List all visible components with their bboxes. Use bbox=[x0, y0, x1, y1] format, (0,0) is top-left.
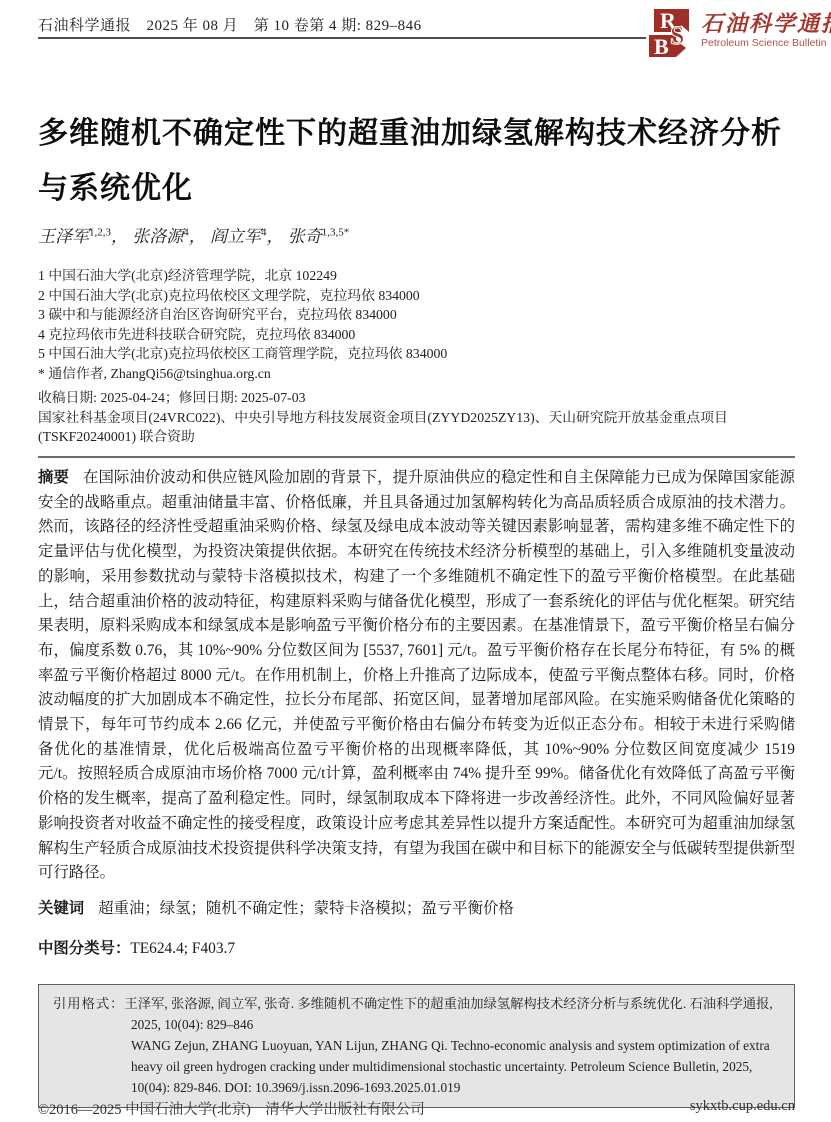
journal-logo: R S B 石油科学通报 Petroleum Science Bulletin bbox=[648, 8, 828, 63]
author-name: 张洛源 bbox=[132, 227, 183, 246]
author-affil-sup: 1,2,3 bbox=[89, 226, 111, 238]
funding-line: 国家社科基金项目(24VRC022)、中央引导地方科技发展资金项目(ZYYD20… bbox=[38, 408, 795, 447]
clc-value: TE624.4; F403.7 bbox=[130, 940, 235, 957]
correspondence-line: * 通信作者, ZhangQi56@tsinghua.org.cn bbox=[38, 364, 447, 384]
author-name: 张奇 bbox=[288, 227, 322, 246]
abstract: 摘要在国际油价波动和供应链风险加剧的背景下，提升原油供应的稳定性和自主保障能力已… bbox=[38, 466, 795, 886]
received-revised-dates: 收稿日期: 2025-04-24；修回日期: 2025-07-03 bbox=[38, 388, 795, 408]
author-affil-sup: 1,3,5* bbox=[322, 226, 350, 238]
affiliation-list: 1 中国石油大学(北京)经济管理学院，北京 102249 2 中国石油大学(北京… bbox=[38, 266, 447, 384]
clc-number: 中图分类号：TE624.4; F403.7 bbox=[38, 936, 795, 958]
keywords: 关键词超重油；绿氢；随机不确定性；蒙特卡洛模拟；盈亏平衡价格 bbox=[38, 896, 795, 918]
abstract-text: 在国际油价波动和供应链风险加剧的背景下，提升原油供应的稳定性和自主保障能力已成为… bbox=[38, 469, 795, 881]
abstract-label: 摘要 bbox=[38, 469, 69, 486]
affiliation-line: 4 克拉玛依市先进科技联合研究院，克拉玛依 834000 bbox=[38, 325, 447, 345]
keywords-label: 关键词 bbox=[38, 900, 84, 917]
affiliation-line: 3 碳中和与能源经济自治区咨询研究平台，克拉玛依 834000 bbox=[38, 305, 447, 325]
author-name: 王泽军 bbox=[38, 227, 89, 246]
journal-name-en: Petroleum Science Bulletin bbox=[701, 37, 831, 50]
journal-website-link[interactable]: sykxtb.cup.edu.cn bbox=[690, 1098, 795, 1119]
psb-monogram-icon: R S B bbox=[648, 8, 694, 63]
journal-name-zh: 石油科学通报 bbox=[701, 11, 831, 37]
corresponding-author-email[interactable]: ZhangQi56@tsinghua.org.cn bbox=[110, 366, 270, 381]
citation-label: 引用格式： bbox=[53, 996, 124, 1011]
abstract-top-rule bbox=[38, 456, 795, 458]
citation-zh: 引用格式：王泽军, 张洛源, 阎立军, 张奇. 多维随机不确定性下的超重油加绿氢… bbox=[53, 993, 782, 1035]
keywords-text: 超重油；绿氢；随机不确定性；蒙特卡洛模拟；盈亏平衡价格 bbox=[98, 900, 514, 917]
clc-label: 中图分类号： bbox=[38, 940, 130, 957]
affiliation-line: 2 中国石油大学(北京)克拉玛依校区文理学院，克拉玛依 834000 bbox=[38, 286, 447, 306]
page-footer: ©2016—2025 中国石油大学(北京) 清华大学出版社有限公司 sykxtb… bbox=[38, 1098, 795, 1119]
svg-text:S: S bbox=[670, 21, 684, 50]
citation-box: 引用格式：王泽军, 张洛源, 阎立军, 张奇. 多维随机不确定性下的超重油加绿氢… bbox=[38, 984, 795, 1108]
citation-en: WANG Zejun, ZHANG Luoyuan, YAN Lijun, ZH… bbox=[131, 1035, 782, 1098]
author-list: 王泽军1,2,3， 张洛源4， 阎立军4， 张奇1,3,5* bbox=[38, 222, 349, 247]
header-rule bbox=[38, 37, 646, 39]
paper-page: { "brand_color": "#9d2f28", "header": { … bbox=[0, 0, 831, 1122]
svg-text:B: B bbox=[654, 34, 669, 58]
author-name: 阎立军 bbox=[210, 227, 261, 246]
affiliation-line: 1 中国石油大学(北京)经济管理学院，北京 102249 bbox=[38, 266, 447, 286]
affiliation-line: 5 中国石油大学(北京)克拉玛依校区工商管理学院，克拉玛依 834000 bbox=[38, 344, 447, 364]
meta-block: 收稿日期: 2025-04-24；修回日期: 2025-07-03 国家社科基金… bbox=[38, 388, 795, 447]
journal-issue-line: 石油科学通报 2025 年 08 月 第 10 卷第 4 期: 829–846 bbox=[38, 14, 422, 35]
paper-title: 多维随机不确定性下的超重油加绿氢解构技术经济分析与系统优化 bbox=[38, 106, 798, 216]
copyright-text: ©2016—2025 中国石油大学(北京) 清华大学出版社有限公司 bbox=[38, 1098, 425, 1119]
